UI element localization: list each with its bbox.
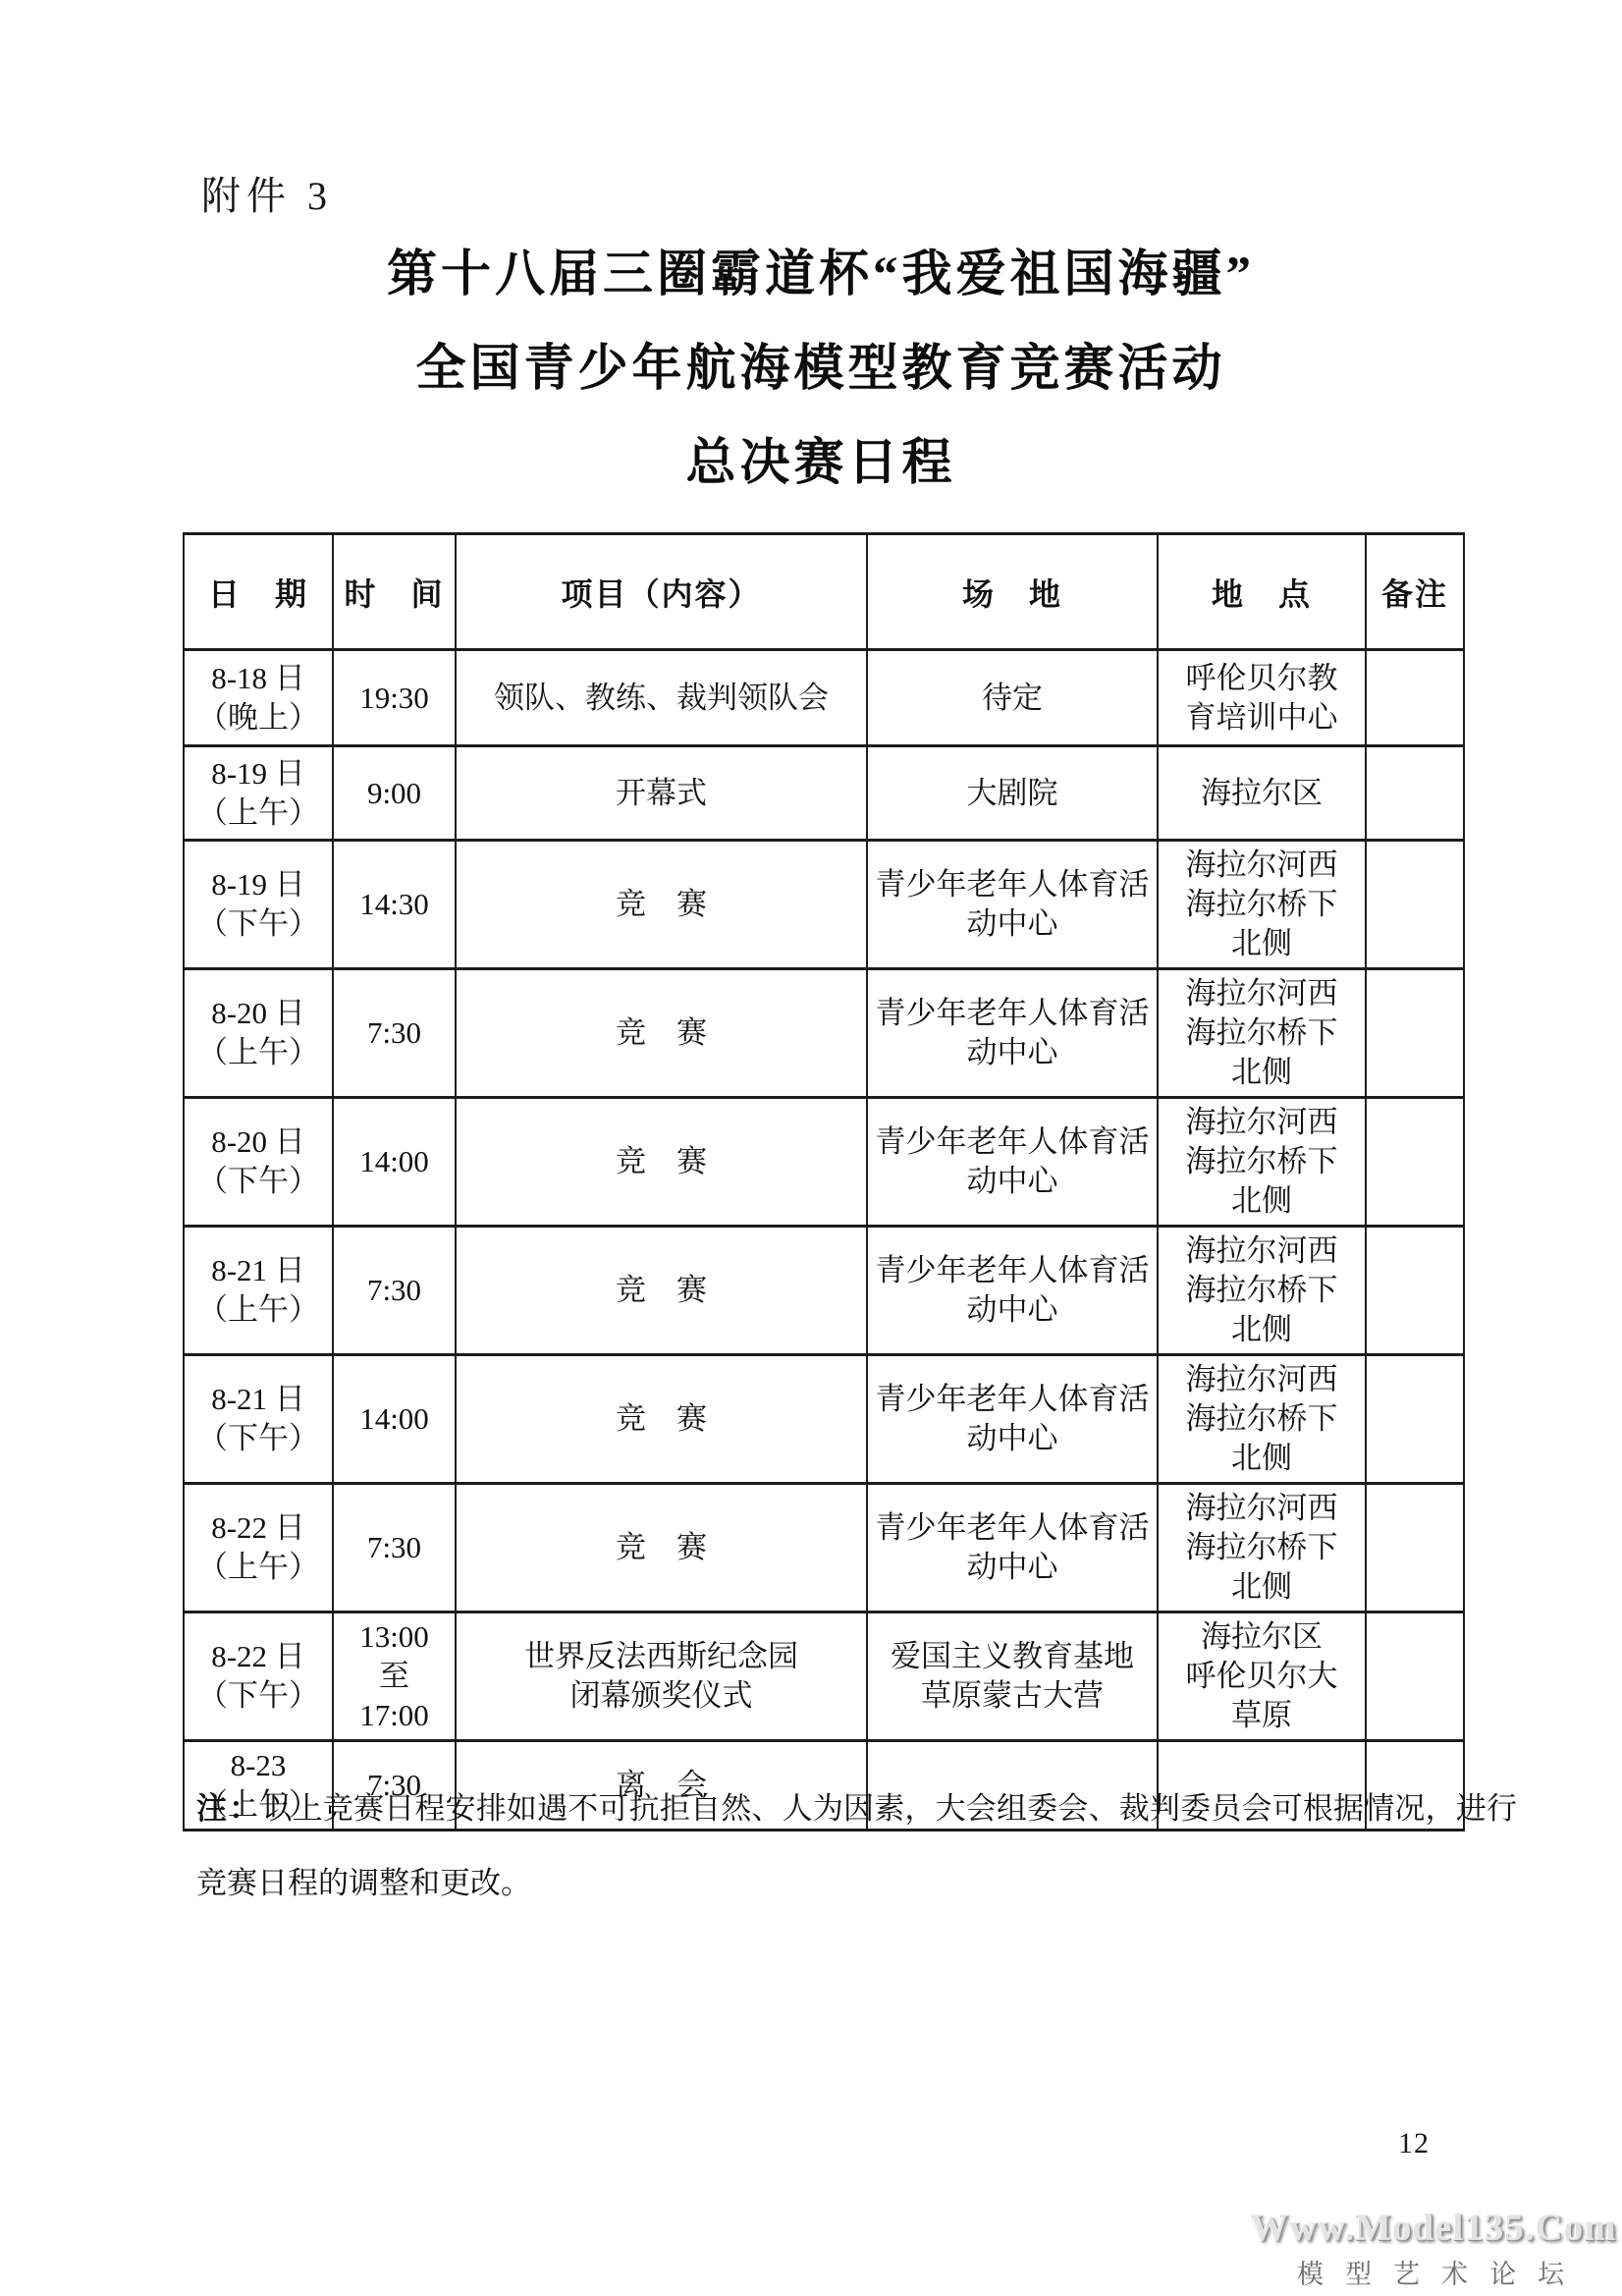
table-cell: 青少年老年人体育活动中心 [868, 1485, 1159, 1613]
table-cell: 9:00 [334, 747, 457, 842]
table-cell: 青少年老年人体育活动中心 [868, 1228, 1159, 1356]
page-number: 12 [1398, 2127, 1430, 2160]
cell-line: 8-19 日 [211, 754, 305, 793]
table-cell: 19:30 [334, 651, 457, 747]
cell-line: 青少年老年人体育活 [876, 1380, 1150, 1419]
cell-line: （晚上） [197, 698, 319, 738]
cell-line: （下午） [197, 1419, 319, 1458]
table-cell: 海拉尔河西海拉尔桥下北侧 [1159, 1485, 1367, 1613]
cell-line: 8-22 日 [211, 1637, 305, 1676]
cell-line: （上午） [197, 793, 319, 833]
watermark-forum-name: 模型艺术论坛 [1247, 2253, 1620, 2291]
table-cell: 8-20 日（上午） [185, 970, 334, 1099]
table-cell: 海拉尔区呼伦贝尔大草原 [1159, 1613, 1367, 1742]
document-title-line-2: 全国青少年航海模型教育竞赛活动 [118, 338, 1524, 432]
cell-line: 动中心 [967, 1290, 1058, 1330]
cell-line: 竞 赛 [616, 1528, 707, 1567]
col-header-remarks: 备注 [1367, 535, 1465, 651]
cell-line: 北侧 [1231, 1310, 1292, 1349]
cell-line: 19:30 [359, 679, 429, 718]
cell-line: 竞 赛 [616, 1013, 707, 1053]
cell-line: 7:30 [367, 1271, 421, 1310]
table-cell: 13:00至17:00 [334, 1613, 457, 1742]
cell-line: 竞 赛 [616, 1399, 707, 1439]
note-text: 以上竞赛日程安排如遇不可抗拒自然、人为因素，大会组委会、裁判委员会可根据情况，进… [196, 1791, 1517, 1900]
table-cell: 8-19 日（下午） [185, 842, 334, 970]
cell-line: 动中心 [967, 1033, 1058, 1072]
cell-line: 14:30 [359, 885, 429, 924]
col-header-date: 日 期 [185, 535, 334, 651]
col-header-time: 时 间 [334, 535, 457, 651]
cell-line: 大剧院 [967, 774, 1058, 813]
schedule-table-body: 8-18 日（晚上）19:30领队、教练、裁判领队会待定呼伦贝尔教育培训中心8-… [185, 651, 1465, 1831]
table-cell: 海拉尔河西海拉尔桥下北侧 [1159, 970, 1367, 1099]
cell-line: 呼伦贝尔教 [1186, 659, 1338, 698]
table-cell: 7:30 [334, 1485, 457, 1613]
cell-line: （上午） [197, 1033, 319, 1072]
cell-line: 世界反法西斯纪念园 [524, 1637, 798, 1676]
cell-line: 海拉尔河西 [1186, 974, 1338, 1013]
cell-line: 海拉尔桥下 [1186, 1399, 1338, 1439]
cell-line: 北侧 [1231, 1567, 1292, 1607]
cell-line: （上午） [197, 1548, 319, 1587]
table-cell: 青少年老年人体育活动中心 [868, 1356, 1159, 1485]
watermark-site-url: Www.Model135.Com [1247, 2206, 1620, 2250]
table-cell: 8-22 日（上午） [185, 1485, 334, 1613]
table-row: 8-22 日（下午）13:00至17:00世界反法西斯纪念园闭幕颁奖仪式爱国主义… [185, 1613, 1465, 1742]
cell-line: 北侧 [1231, 1439, 1292, 1478]
cell-line: 呼伦贝尔大 [1186, 1657, 1338, 1696]
cell-line: 8-22 日 [211, 1508, 305, 1548]
table-cell [1367, 970, 1465, 1099]
table-cell [1367, 1356, 1465, 1485]
table-row: 8-21 日（下午）14:00竞 赛青少年老年人体育活动中心海拉尔河西海拉尔桥下… [185, 1356, 1465, 1485]
table-cell: 7:30 [334, 1228, 457, 1356]
cell-line: 动中心 [967, 904, 1058, 944]
table-cell [1367, 1099, 1465, 1228]
cell-line: 青少年老年人体育活 [876, 994, 1150, 1033]
cell-line: 8-20 日 [211, 994, 305, 1033]
table-row: 8-20 日（下午）14:00竞 赛青少年老年人体育活动中心海拉尔河西海拉尔桥下… [185, 1099, 1465, 1228]
cell-line: 动中心 [967, 1162, 1058, 1201]
cell-line: 17:00 [359, 1696, 429, 1735]
cell-line: 13:00 [359, 1617, 429, 1657]
cell-line: 14:00 [359, 1399, 429, 1439]
table-cell [1367, 842, 1465, 970]
table-cell: 待定 [868, 651, 1159, 747]
cell-line: 领队、教练、裁判领队会 [494, 679, 829, 718]
cell-line: 竞 赛 [616, 1271, 707, 1310]
cell-line: 草原 [1231, 1696, 1292, 1735]
cell-line: 爱国主义教育基地 [891, 1637, 1134, 1676]
table-cell: 青少年老年人体育活动中心 [868, 970, 1159, 1099]
col-header-location: 地 点 [1159, 535, 1367, 651]
document-title: 第十八届三圈霸道杯“我爱祖国海疆” 全国青少年航海模型教育竞赛活动 总决赛日程 [118, 244, 1524, 526]
cell-line: 9:00 [367, 774, 421, 813]
table-cell: 竞 赛 [457, 842, 868, 970]
table-cell [1367, 1613, 1465, 1742]
col-header-event: 项目（内容） [457, 535, 868, 651]
cell-line: 草原蒙古大营 [921, 1676, 1104, 1716]
cell-line: （下午） [197, 904, 319, 944]
table-cell: 海拉尔河西海拉尔桥下北侧 [1159, 842, 1367, 970]
schedule-note: 注：以上竞赛日程安排如遇不可抗拒自然、人为因素，大会组委会、裁判委员会可根据情况… [196, 1772, 1517, 1921]
cell-line: 海拉尔桥下 [1186, 1142, 1338, 1181]
cell-line: 海拉尔河西 [1186, 1103, 1338, 1142]
table-cell: 14:00 [334, 1099, 457, 1228]
table-row: 8-21 日（上午）7:30竞 赛青少年老年人体育活动中心海拉尔河西海拉尔桥下北… [185, 1228, 1465, 1356]
table-cell: 世界反法西斯纪念园闭幕颁奖仪式 [457, 1613, 868, 1742]
cell-line: （下午） [197, 1162, 319, 1201]
table-row: 8-20 日（上午）7:30竞 赛青少年老年人体育活动中心海拉尔河西海拉尔桥下北… [185, 970, 1465, 1099]
table-cell: 呼伦贝尔教育培训中心 [1159, 651, 1367, 747]
cell-line: 动中心 [967, 1419, 1058, 1458]
table-cell: 7:30 [334, 970, 457, 1099]
table-cell [1367, 1228, 1465, 1356]
document-title-line-1: 第十八届三圈霸道杯“我爱祖国海疆” [118, 244, 1524, 338]
cell-line: 闭幕颁奖仪式 [570, 1676, 753, 1716]
cell-line: 8-19 日 [211, 865, 305, 904]
cell-line: 竞 赛 [616, 885, 707, 924]
table-cell: 海拉尔河西海拉尔桥下北侧 [1159, 1099, 1367, 1228]
cell-line: 动中心 [967, 1548, 1058, 1587]
table-cell: 竞 赛 [457, 1485, 868, 1613]
table-cell: 领队、教练、裁判领队会 [457, 651, 868, 747]
table-cell: 竞 赛 [457, 1356, 868, 1485]
table-cell: 14:30 [334, 842, 457, 970]
cell-line: 开幕式 [616, 774, 707, 813]
cell-line: （下午） [197, 1676, 319, 1716]
cell-line: 青少年老年人体育活 [876, 1122, 1150, 1162]
cell-line: 北侧 [1231, 924, 1292, 963]
table-cell: 海拉尔河西海拉尔桥下北侧 [1159, 1356, 1367, 1485]
cell-line: 海拉尔河西 [1186, 1231, 1338, 1271]
table-cell: 8-21 日（下午） [185, 1356, 334, 1485]
cell-line: 育培训中心 [1186, 698, 1338, 738]
col-header-venue: 场 地 [868, 535, 1159, 651]
table-cell: 8-20 日（下午） [185, 1099, 334, 1228]
table-cell [1367, 651, 1465, 747]
table-cell: 海拉尔区 [1159, 747, 1367, 842]
cell-line: 海拉尔区 [1201, 774, 1323, 813]
cell-line: 青少年老年人体育活 [876, 1508, 1150, 1548]
table-cell [1367, 747, 1465, 842]
cell-line: 海拉尔桥下 [1186, 1528, 1338, 1567]
cell-line: 北侧 [1231, 1181, 1292, 1221]
table-cell: 竞 赛 [457, 970, 868, 1099]
table-cell: 大剧院 [868, 747, 1159, 842]
cell-line: 海拉尔桥下 [1186, 1271, 1338, 1310]
cell-line: 至 [379, 1657, 409, 1696]
table-row: 8-18 日（晚上）19:30领队、教练、裁判领队会待定呼伦贝尔教育培训中心 [185, 651, 1465, 747]
cell-line: 海拉尔桥下 [1186, 885, 1338, 924]
cell-line: 海拉尔河西 [1186, 1360, 1338, 1399]
cell-line: 海拉尔桥下 [1186, 1013, 1338, 1053]
cell-line: （上午） [197, 1290, 319, 1330]
table-cell: 青少年老年人体育活动中心 [868, 842, 1159, 970]
cell-line: 7:30 [367, 1528, 421, 1567]
cell-line: 8-18 日 [211, 659, 305, 698]
table-cell: 竞 赛 [457, 1099, 868, 1228]
cell-line: 14:00 [359, 1142, 429, 1181]
table-row: 8-22 日（上午）7:30竞 赛青少年老年人体育活动中心海拉尔河西海拉尔桥下北… [185, 1485, 1465, 1613]
table-cell: 8-21 日（上午） [185, 1228, 334, 1356]
document-title-line-3: 总决赛日程 [118, 432, 1524, 526]
cell-line: 青少年老年人体育活 [876, 865, 1150, 904]
cell-line: 北侧 [1231, 1053, 1292, 1092]
table-cell: 海拉尔河西海拉尔桥下北侧 [1159, 1228, 1367, 1356]
table-cell: 爱国主义教育基地草原蒙古大营 [868, 1613, 1159, 1742]
table-cell: 竞 赛 [457, 1228, 868, 1356]
table-header-row: 日 期 时 间 项目（内容） 场 地 地 点 备注 [185, 535, 1465, 651]
table-row: 8-19 日（上午）9:00开幕式大剧院海拉尔区 [185, 747, 1465, 842]
table-cell: 8-22 日（下午） [185, 1613, 334, 1742]
table-cell: 8-19 日（上午） [185, 747, 334, 842]
cell-line: 8-20 日 [211, 1122, 305, 1162]
watermark: Www.Model135.Com 模型艺术论坛 [1247, 2206, 1620, 2291]
table-cell: 14:00 [334, 1356, 457, 1485]
attachment-label: 附件 3 [201, 165, 333, 221]
schedule-table: 日 期 时 间 项目（内容） 场 地 地 点 备注 8-18 日（晚上）19:3… [183, 532, 1465, 1831]
table-row: 8-19 日（下午）14:30竞 赛青少年老年人体育活动中心海拉尔河西海拉尔桥下… [185, 842, 1465, 970]
cell-line: 待定 [982, 679, 1043, 718]
cell-line: 7:30 [367, 1013, 421, 1053]
cell-line: 竞 赛 [616, 1142, 707, 1181]
cell-line: 青少年老年人体育活 [876, 1251, 1150, 1290]
table-cell: 青少年老年人体育活动中心 [868, 1099, 1159, 1228]
document-page: 附件 3 第十八届三圈霸道杯“我爱祖国海疆” 全国青少年航海模型教育竞赛活动 总… [0, 0, 1622, 2296]
cell-line: 海拉尔河西 [1186, 1489, 1338, 1528]
cell-line: 海拉尔河西 [1186, 846, 1338, 885]
cell-line: 8-21 日 [211, 1251, 305, 1290]
note-prefix: 注： [196, 1791, 261, 1826]
cell-line: 海拉尔区 [1201, 1617, 1323, 1657]
table-cell [1367, 1485, 1465, 1613]
table-cell: 开幕式 [457, 747, 868, 842]
table-cell: 8-18 日（晚上） [185, 651, 334, 747]
cell-line: 8-21 日 [211, 1380, 305, 1419]
